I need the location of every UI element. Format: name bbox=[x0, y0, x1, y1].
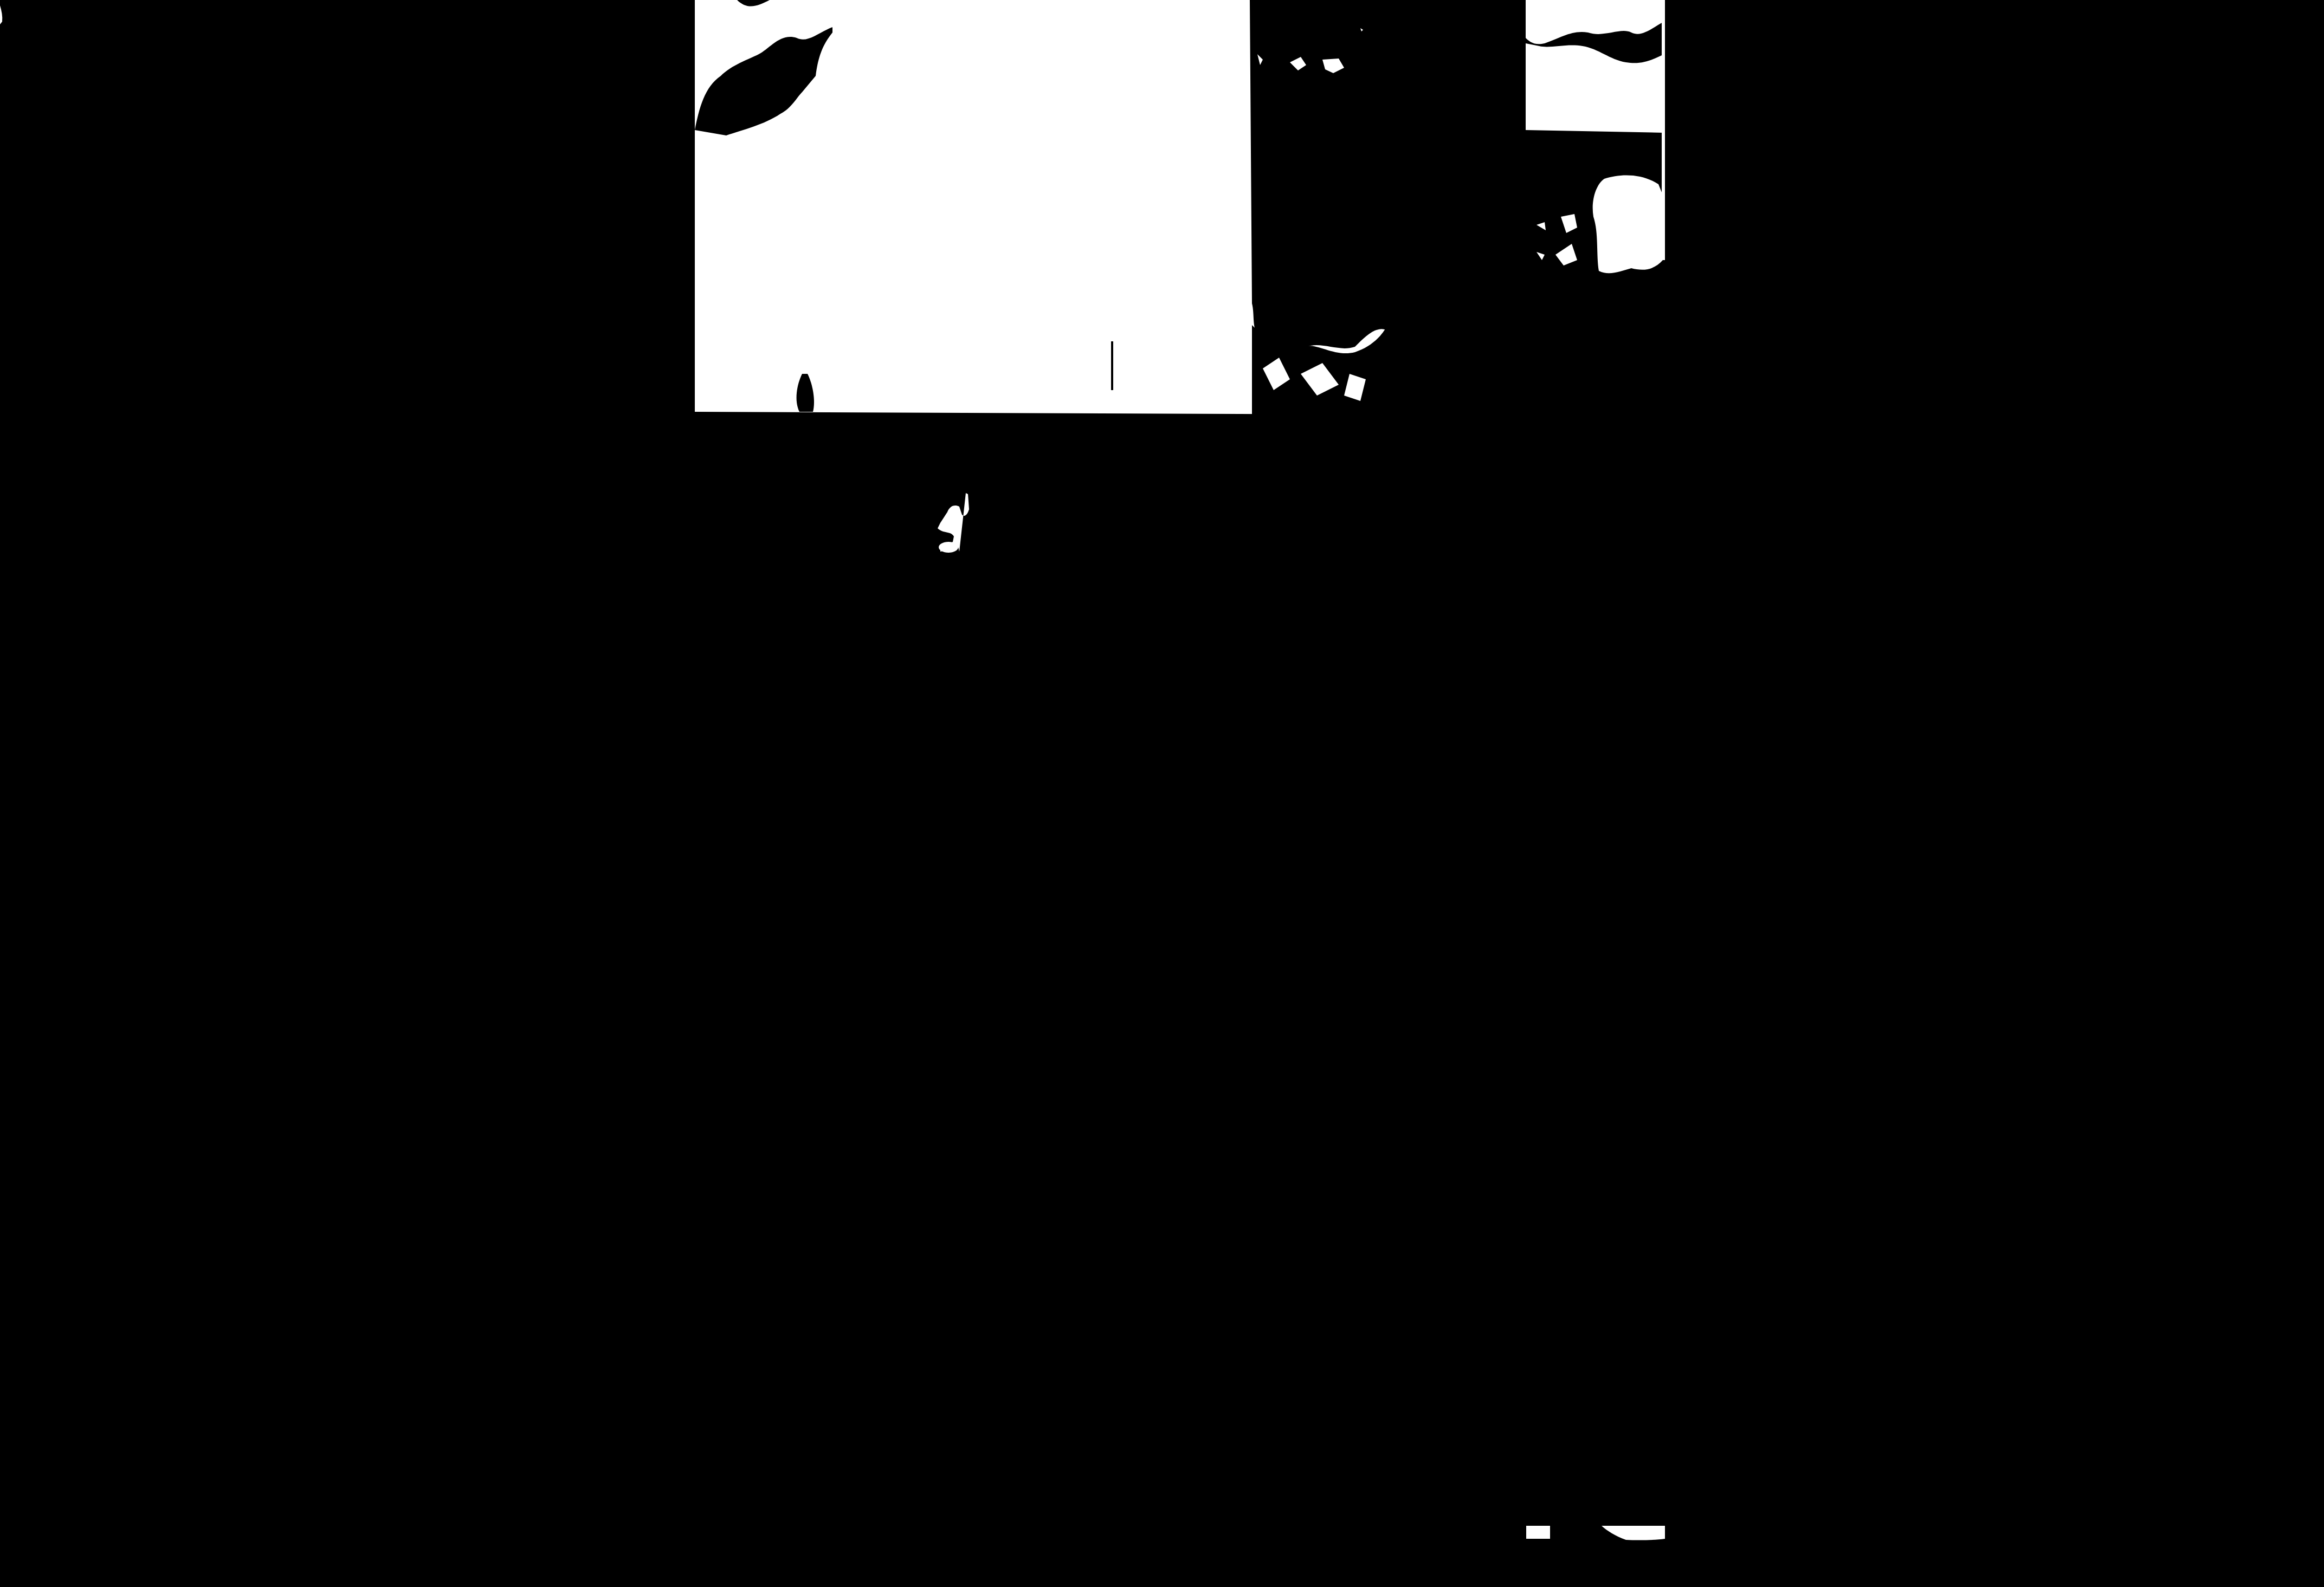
white-specks-right-lower bbox=[1537, 214, 1577, 265]
white-edge-sliver bbox=[0, 5, 2, 24]
binary-image-canvas bbox=[0, 0, 2324, 1587]
thin-vertical-line bbox=[1111, 341, 1113, 390]
right-column-edge bbox=[1662, 0, 1665, 260]
white-blob-right-lower bbox=[1593, 175, 1663, 273]
white-strip-bottom bbox=[1526, 1526, 1665, 1540]
black-inset-box bbox=[1251, 0, 1387, 92]
white-panel-right bbox=[1526, 0, 1664, 133]
binary-mask bbox=[0, 0, 2324, 1587]
white-figure-base bbox=[939, 542, 958, 553]
